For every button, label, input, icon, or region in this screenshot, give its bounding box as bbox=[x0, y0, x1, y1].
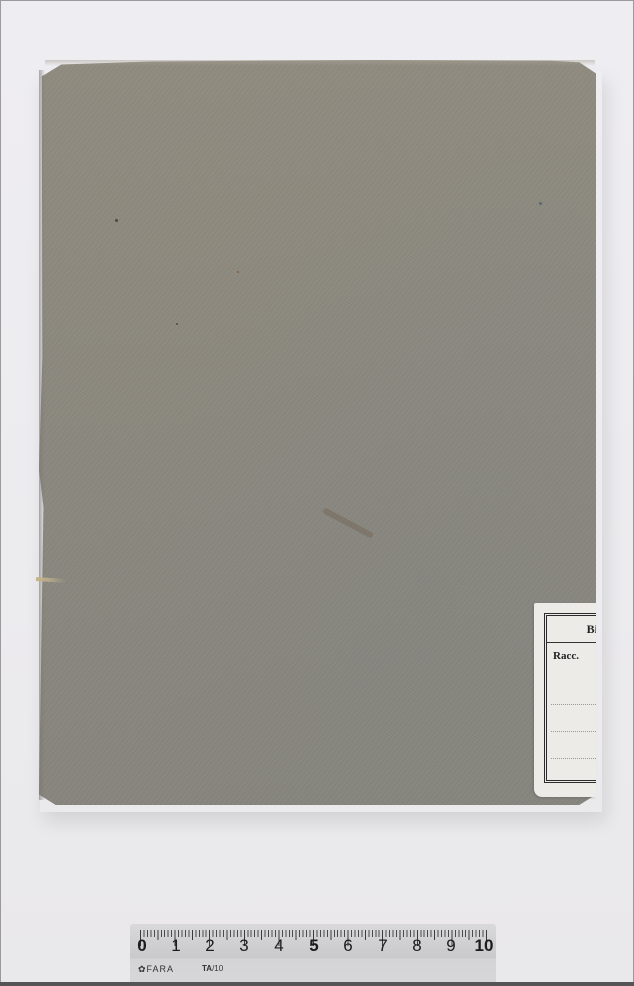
ruler-model-size: /10 bbox=[212, 964, 223, 973]
label-dotted-line bbox=[551, 704, 596, 705]
ruler-number: 7 bbox=[378, 936, 387, 956]
paper-speck bbox=[539, 202, 542, 205]
bottom-edge-bar bbox=[0, 982, 634, 986]
ruler-number: 6 bbox=[343, 936, 352, 956]
ruler-number: 3 bbox=[239, 936, 248, 956]
label-dotted-line bbox=[551, 758, 596, 759]
label-header: Bi bbox=[547, 616, 596, 643]
ruler-number: 8 bbox=[412, 936, 421, 956]
ruler-number: 1 bbox=[171, 936, 180, 956]
ruler-model: TA/10 bbox=[202, 964, 223, 973]
ruler-number: 10 bbox=[475, 936, 494, 956]
label-frame: Bi Racc. bbox=[544, 613, 596, 783]
paper-speck bbox=[115, 219, 118, 222]
book-cover bbox=[39, 60, 596, 805]
ruler-number: 2 bbox=[205, 936, 214, 956]
ruler-numbers: 0 1 2 3 4 5 6 7 8 9 10 bbox=[130, 936, 496, 958]
library-label: Bi Racc. bbox=[534, 603, 596, 797]
paper-speck bbox=[176, 323, 178, 325]
ruler-brand-logo: ✿FARA bbox=[138, 964, 174, 975]
ruler-number: 0 bbox=[137, 936, 146, 956]
ruler-number: 5 bbox=[309, 936, 318, 956]
paper-speck bbox=[237, 271, 239, 273]
ruler-number: 4 bbox=[274, 936, 283, 956]
label-dotted-line bbox=[551, 731, 596, 732]
measurement-ruler: 0 1 2 3 4 5 6 7 8 9 10 ✿FARA TA/10 bbox=[130, 924, 496, 986]
label-racc-text: Racc. bbox=[553, 650, 579, 662]
ruler-model-code: TA bbox=[202, 964, 212, 973]
book-top-edge bbox=[45, 60, 595, 66]
ruler-number: 9 bbox=[446, 936, 455, 956]
book-spine-edge bbox=[39, 70, 45, 800]
